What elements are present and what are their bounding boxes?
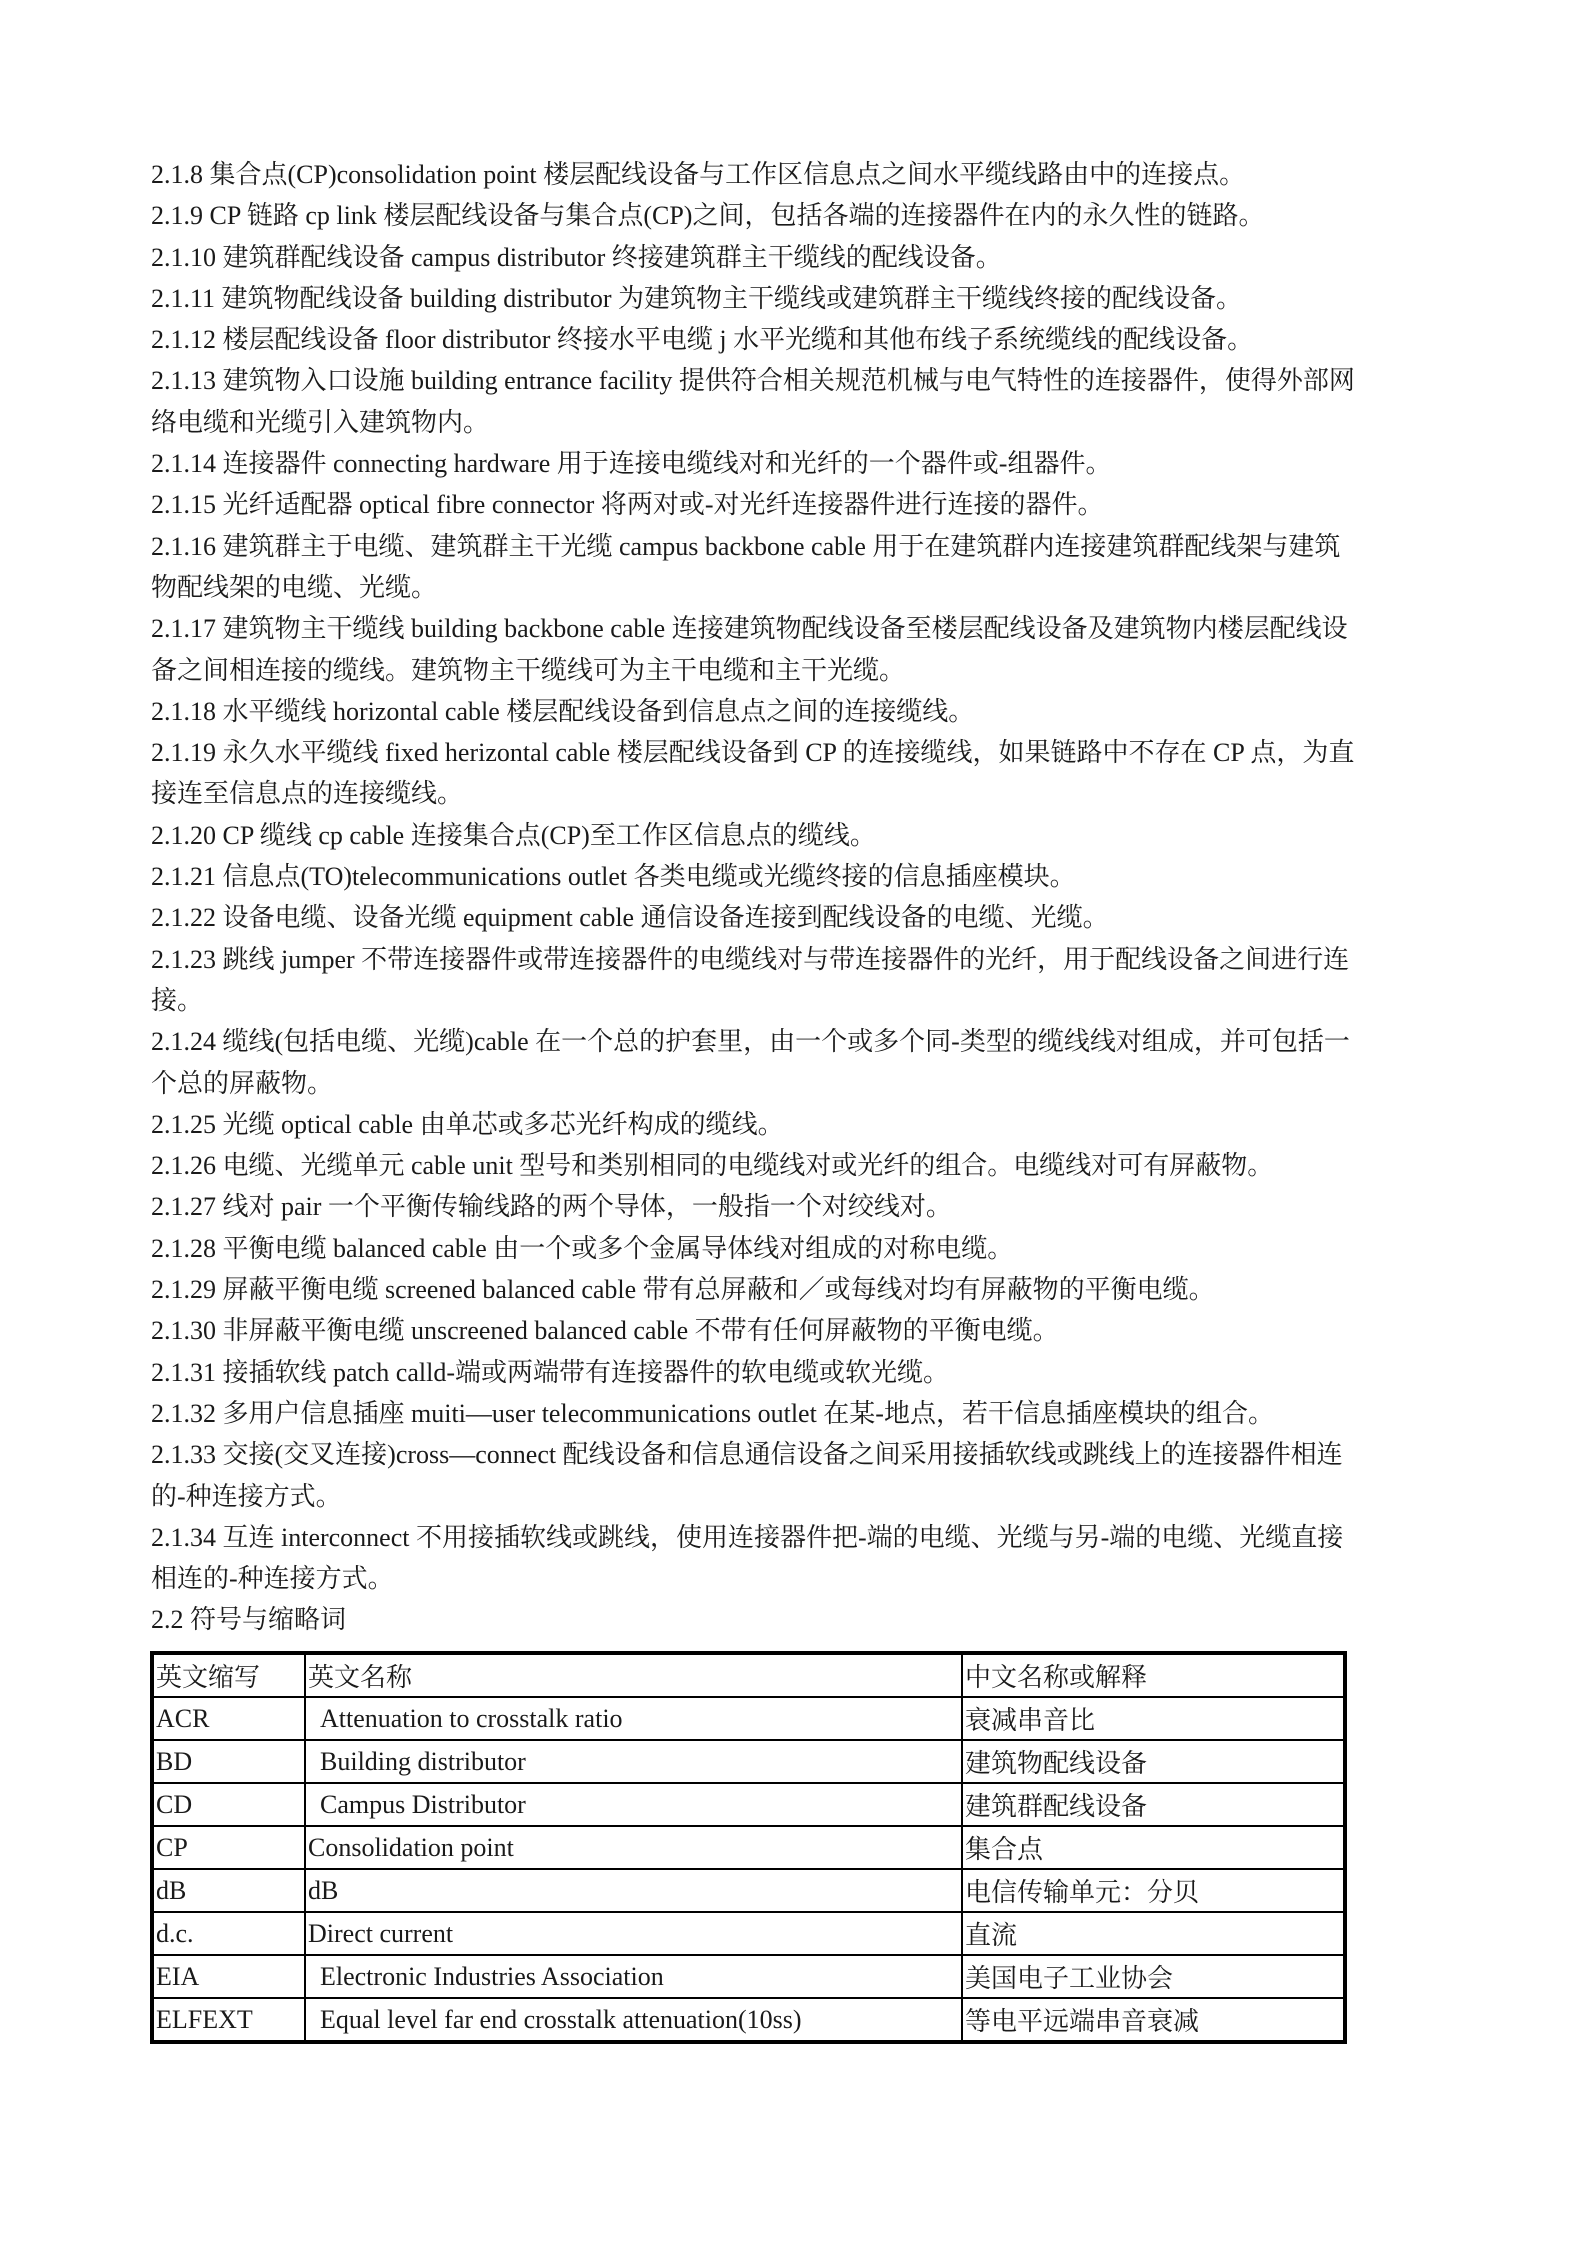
- definition-item: 2.1.15 光纤适配器 optical fibre connector 将两对…: [151, 484, 1451, 525]
- definition-item: 2.1.29 屏蔽平衡电缆 screened balanced cable 带有…: [151, 1269, 1451, 1310]
- table-body: ACRAttenuation to crosstalk ratio衰减串音比BD…: [152, 1697, 1345, 2042]
- definition-line: 2.1.28 平衡电缆 balanced cable 由一个或多个金属导体线对组…: [151, 1228, 1451, 1269]
- definition-line: 2.1.34 互连 interconnect 不用接插软线或跳线，使用连接器件把…: [151, 1517, 1451, 1558]
- definition-item: 2.1.19 永久水平缆线 fixed herizontal cable 楼层配…: [151, 732, 1451, 815]
- table-row: BDBuilding distributor建筑物配线设备: [152, 1740, 1345, 1783]
- definition-item: 2.1.23 跳线 jumper 不带连接器件或带连接器件的电缆线对与带连接器件…: [151, 939, 1451, 1022]
- definition-item: 2.1.24 缆线(包括电缆、光缆)cable 在一个总的护套里，由一个或多个同…: [151, 1021, 1451, 1104]
- english-name-cell: Building distributor: [305, 1740, 962, 1783]
- definition-line: 2.1.9 CP 链路 cp link 楼层配线设备与集合点(CP)之间，包括各…: [151, 195, 1451, 236]
- definition-line: 2.1.31 接插软线 patch calld-端或两端带有连接器件的软电缆或软…: [151, 1352, 1451, 1393]
- header-chinese-name: 中文名称或解释: [962, 1653, 1345, 1697]
- chinese-name-cell: 集合点: [962, 1826, 1345, 1869]
- definition-line: 2.1.26 电缆、光缆单元 cable unit 型号和类别相同的电缆线对或光…: [151, 1145, 1451, 1186]
- definition-item: 2.1.28 平衡电缆 balanced cable 由一个或多个金属导体线对组…: [151, 1228, 1451, 1269]
- document-body: 2.1.8 集合点(CP)consolidation point 楼层配线设备与…: [151, 154, 1451, 1641]
- definition-item: 2.1.11 建筑物配线设备 building distributor 为建筑物…: [151, 278, 1451, 319]
- definition-item: 2.1.12 楼层配线设备 floor distributor 终接水平电缆 j…: [151, 319, 1451, 360]
- english-name-cell: Attenuation to crosstalk ratio: [305, 1697, 962, 1740]
- definition-line: 相连的-种连接方式。: [151, 1558, 1451, 1599]
- definition-line: 2.1.25 光缆 optical cable 由单芯或多芯光纤构成的缆线。: [151, 1104, 1451, 1145]
- definition-line: 的-种连接方式。: [151, 1476, 1451, 1517]
- section-heading: 2.2 符号与缩略词: [151, 1599, 1451, 1640]
- definition-item: 2.1.13 建筑物入口设施 building entrance facilit…: [151, 360, 1451, 443]
- table-row: dBdB电信传输单元：分贝: [152, 1869, 1345, 1912]
- chinese-name-cell: 电信传输单元：分贝: [962, 1869, 1345, 1912]
- abbr-cell: ELFEXT: [152, 1998, 305, 2042]
- definition-line: 2.1.16 建筑群主于电缆、建筑群主干光缆 campus backbone c…: [151, 526, 1451, 567]
- definition-item: 2.1.34 互连 interconnect 不用接插软线或跳线，使用连接器件把…: [151, 1517, 1451, 1600]
- abbr-cell: ACR: [152, 1697, 305, 1740]
- definition-line: 2.1.14 连接器件 connecting hardware 用于连接电缆线对…: [151, 443, 1451, 484]
- abbr-cell: CD: [152, 1783, 305, 1826]
- table-row: CPConsolidation point集合点: [152, 1826, 1345, 1869]
- definition-line: 2.1.29 屏蔽平衡电缆 screened balanced cable 带有…: [151, 1269, 1451, 1310]
- table-row: CDCampus Distributor建筑群配线设备: [152, 1783, 1345, 1826]
- definition-item: 2.1.25 光缆 optical cable 由单芯或多芯光纤构成的缆线。: [151, 1104, 1451, 1145]
- definition-line: 2.1.12 楼层配线设备 floor distributor 终接水平电缆 j…: [151, 319, 1451, 360]
- definition-line: 2.1.24 缆线(包括电缆、光缆)cable 在一个总的护套里，由一个或多个同…: [151, 1021, 1451, 1062]
- definition-line: 2.1.15 光纤适配器 optical fibre connector 将两对…: [151, 484, 1451, 525]
- definition-line: 络电缆和光缆引入建筑物内。: [151, 402, 1451, 443]
- definition-item: 2.1.21 信息点(TO)telecommunications outlet …: [151, 856, 1451, 897]
- definition-item: 2.1.17 建筑物主干缆线 building backbone cable 连…: [151, 608, 1451, 691]
- definition-line: 2.1.10 建筑群配线设备 campus distributor 终接建筑群主…: [151, 237, 1451, 278]
- definition-line: 接连至信息点的连接缆线。: [151, 773, 1451, 814]
- definition-line: 2.1.18 水平缆线 horizontal cable 楼层配线设备到信息点之…: [151, 691, 1451, 732]
- chinese-name-cell: 建筑群配线设备: [962, 1783, 1345, 1826]
- definition-line: 2.1.20 CP 缆线 cp cable 连接集合点(CP)至工作区信息点的缆…: [151, 815, 1451, 856]
- definition-item: 2.1.16 建筑群主于电缆、建筑群主干光缆 campus backbone c…: [151, 526, 1451, 609]
- english-name-cell: Consolidation point: [305, 1826, 962, 1869]
- definition-line: 2.1.23 跳线 jumper 不带连接器件或带连接器件的电缆线对与带连接器件…: [151, 939, 1451, 980]
- abbreviations-table: 英文缩写 英文名称 中文名称或解释 ACRAttenuation to cros…: [150, 1651, 1347, 2044]
- chinese-name-cell: 直流: [962, 1912, 1345, 1955]
- header-abbr: 英文缩写: [152, 1653, 305, 1697]
- chinese-name-cell: 建筑物配线设备: [962, 1740, 1345, 1783]
- table-row: d.c.Direct current直流: [152, 1912, 1345, 1955]
- definition-line: 2.1.19 永久水平缆线 fixed herizontal cable 楼层配…: [151, 732, 1451, 773]
- definition-item: 2.1.22 设备电缆、设备光缆 equipment cable 通信设备连接到…: [151, 897, 1451, 938]
- table-header-row: 英文缩写 英文名称 中文名称或解释: [152, 1653, 1345, 1697]
- definition-item: 2.1.8 集合点(CP)consolidation point 楼层配线设备与…: [151, 154, 1451, 195]
- english-name-cell: Electronic Industries Association: [305, 1955, 962, 1998]
- definition-line: 2.1.11 建筑物配线设备 building distributor 为建筑物…: [151, 278, 1451, 319]
- abbr-cell: dB: [152, 1869, 305, 1912]
- abbr-cell: CP: [152, 1826, 305, 1869]
- definitions-list: 2.1.8 集合点(CP)consolidation point 楼层配线设备与…: [151, 154, 1451, 1599]
- english-name-cell: Equal level far end crosstalk attenuatio…: [305, 1998, 962, 2042]
- header-english-name: 英文名称: [305, 1653, 962, 1697]
- abbr-cell: BD: [152, 1740, 305, 1783]
- definition-item: 2.1.9 CP 链路 cp link 楼层配线设备与集合点(CP)之间，包括各…: [151, 195, 1451, 236]
- definition-line: 2.1.27 线对 pair 一个平衡传输线路的两个导体，一般指一个对绞线对。: [151, 1186, 1451, 1227]
- definition-item: 2.1.33 交接(交叉连接)cross—connect 配线设备和信息通信设备…: [151, 1434, 1451, 1517]
- table-row: ACRAttenuation to crosstalk ratio衰减串音比: [152, 1697, 1345, 1740]
- abbr-cell: d.c.: [152, 1912, 305, 1955]
- table-row: EIAElectronic Industries Association美国电子…: [152, 1955, 1345, 1998]
- definition-line: 2.1.22 设备电缆、设备光缆 equipment cable 通信设备连接到…: [151, 897, 1451, 938]
- definition-item: 2.1.31 接插软线 patch calld-端或两端带有连接器件的软电缆或软…: [151, 1352, 1451, 1393]
- definition-line: 2.1.32 多用户信息插座 muiti—user telecommunicat…: [151, 1393, 1451, 1434]
- chinese-name-cell: 衰减串音比: [962, 1697, 1345, 1740]
- definition-item: 2.1.10 建筑群配线设备 campus distributor 终接建筑群主…: [151, 237, 1451, 278]
- english-name-cell: Direct current: [305, 1912, 962, 1955]
- definition-item: 2.1.32 多用户信息插座 muiti—user telecommunicat…: [151, 1393, 1451, 1434]
- definition-line: 2.1.8 集合点(CP)consolidation point 楼层配线设备与…: [151, 154, 1451, 195]
- definition-line: 个总的屏蔽物。: [151, 1063, 1451, 1104]
- english-name-cell: Campus Distributor: [305, 1783, 962, 1826]
- definition-line: 2.1.33 交接(交叉连接)cross—connect 配线设备和信息通信设备…: [151, 1434, 1451, 1475]
- definition-line: 接。: [151, 980, 1451, 1021]
- definition-item: 2.1.18 水平缆线 horizontal cable 楼层配线设备到信息点之…: [151, 691, 1451, 732]
- definition-item: 2.1.14 连接器件 connecting hardware 用于连接电缆线对…: [151, 443, 1451, 484]
- definition-item: 2.1.30 非屏蔽平衡电缆 unscreened balanced cable…: [151, 1310, 1451, 1351]
- english-name-cell: dB: [305, 1869, 962, 1912]
- chinese-name-cell: 等电平远端串音衰减: [962, 1998, 1345, 2042]
- definition-item: 2.1.20 CP 缆线 cp cable 连接集合点(CP)至工作区信息点的缆…: [151, 815, 1451, 856]
- table-row: ELFEXTEqual level far end crosstalk atte…: [152, 1998, 1345, 2042]
- abbr-cell: EIA: [152, 1955, 305, 1998]
- definition-line: 2.1.17 建筑物主干缆线 building backbone cable 连…: [151, 608, 1451, 649]
- definition-line: 备之间相连接的缆线。建筑物主干缆线可为主干电缆和主干光缆。: [151, 650, 1451, 691]
- definition-line: 物配线架的电缆、光缆。: [151, 567, 1451, 608]
- definition-item: 2.1.27 线对 pair 一个平衡传输线路的两个导体，一般指一个对绞线对。: [151, 1186, 1451, 1227]
- definition-item: 2.1.26 电缆、光缆单元 cable unit 型号和类别相同的电缆线对或光…: [151, 1145, 1451, 1186]
- definition-line: 2.1.21 信息点(TO)telecommunications outlet …: [151, 856, 1451, 897]
- definition-line: 2.1.30 非屏蔽平衡电缆 unscreened balanced cable…: [151, 1310, 1451, 1351]
- definition-line: 2.1.13 建筑物入口设施 building entrance facilit…: [151, 360, 1451, 401]
- chinese-name-cell: 美国电子工业协会: [962, 1955, 1345, 1998]
